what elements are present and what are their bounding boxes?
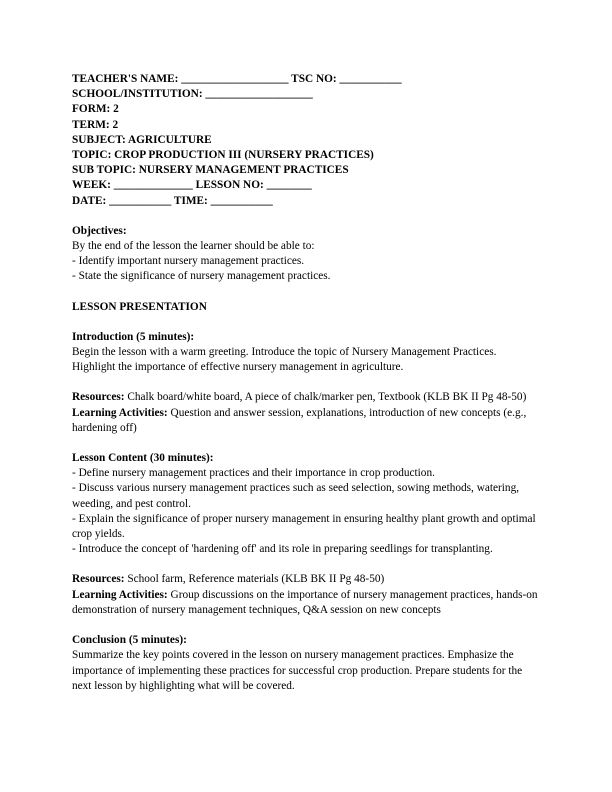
resources-text: Chalk board/white board, A piece of chal… [127,391,526,403]
date-label: DATE: [72,195,106,207]
tsc-label: TSC NO: [291,73,337,85]
topic-line: TOPIC: CROP PRODUCTION III (NURSERY PRAC… [72,148,542,163]
lesson-content-item: - Explain the significance of proper nur… [72,512,542,542]
time-label: TIME: [174,195,208,207]
teacher-name-line: TEACHER'S NAME: ___________________ TSC … [72,72,542,87]
activities-label: Learning Activities: [72,589,168,601]
introduction-text: Begin the lesson with a warm greeting. I… [72,345,542,375]
date-line: DATE: ___________ TIME: ___________ [72,194,542,209]
activities-label: Learning Activities: [72,407,168,419]
resources-label: Resources: [72,391,125,403]
subject-line: SUBJECT: AGRICULTURE [72,133,542,148]
objectives-heading: Objectives: [72,224,542,239]
lesson-no-label: LESSON NO: [196,179,264,191]
introduction-resources: Resources: Chalk board/white board, A pi… [72,390,542,405]
tsc-blank: ___________ [340,73,402,85]
lesson-presentation-heading: LESSON PRESENTATION [72,300,542,315]
lesson-content-resources: Resources: School farm, Reference materi… [72,572,542,587]
lesson-content-item: - Define nursery management practices an… [72,466,542,481]
lesson-plan-page: TEACHER'S NAME: ___________________ TSC … [72,72,542,694]
week-blank: ______________ [114,179,193,191]
time-blank: ___________ [211,195,273,207]
objective-item: - Identify important nursery management … [72,254,542,269]
school-blank: ___________________ [205,88,312,100]
date-blank: ___________ [109,195,171,207]
week-line: WEEK: ______________ LESSON NO: ________ [72,178,542,193]
conclusion-text: Summarize the key points covered in the … [72,648,542,694]
introduction-activities: Learning Activities: Question and answer… [72,406,542,436]
lesson-content-activities: Learning Activities: Group discussions o… [72,588,542,618]
sub-topic-line: SUB TOPIC: NURSERY MANAGEMENT PRACTICES [72,163,542,178]
lesson-content-item: - Introduce the concept of 'hardening of… [72,542,542,557]
conclusion-heading: Conclusion (5 minutes): [72,633,542,648]
resources-label: Resources: [72,573,125,585]
form-line: FORM: 2 [72,102,542,117]
lesson-content-item: - Discuss various nursery management pra… [72,481,542,511]
objective-item: - State the significance of nursery mana… [72,269,542,284]
teacher-name-label: TEACHER'S NAME: [72,73,178,85]
lesson-no-blank: ________ [267,179,312,191]
resources-text: School farm, Reference materials (KLB BK… [127,573,384,585]
school-label: SCHOOL/INSTITUTION: [72,88,203,100]
lesson-content-heading: Lesson Content (30 minutes): [72,451,542,466]
introduction-heading: Introduction (5 minutes): [72,330,542,345]
week-label: WEEK: [72,179,111,191]
school-line: SCHOOL/INSTITUTION: ___________________ [72,87,542,102]
objectives-intro: By the end of the lesson the learner sho… [72,239,542,254]
term-line: TERM: 2 [72,118,542,133]
teacher-name-blank: ___________________ [181,73,288,85]
